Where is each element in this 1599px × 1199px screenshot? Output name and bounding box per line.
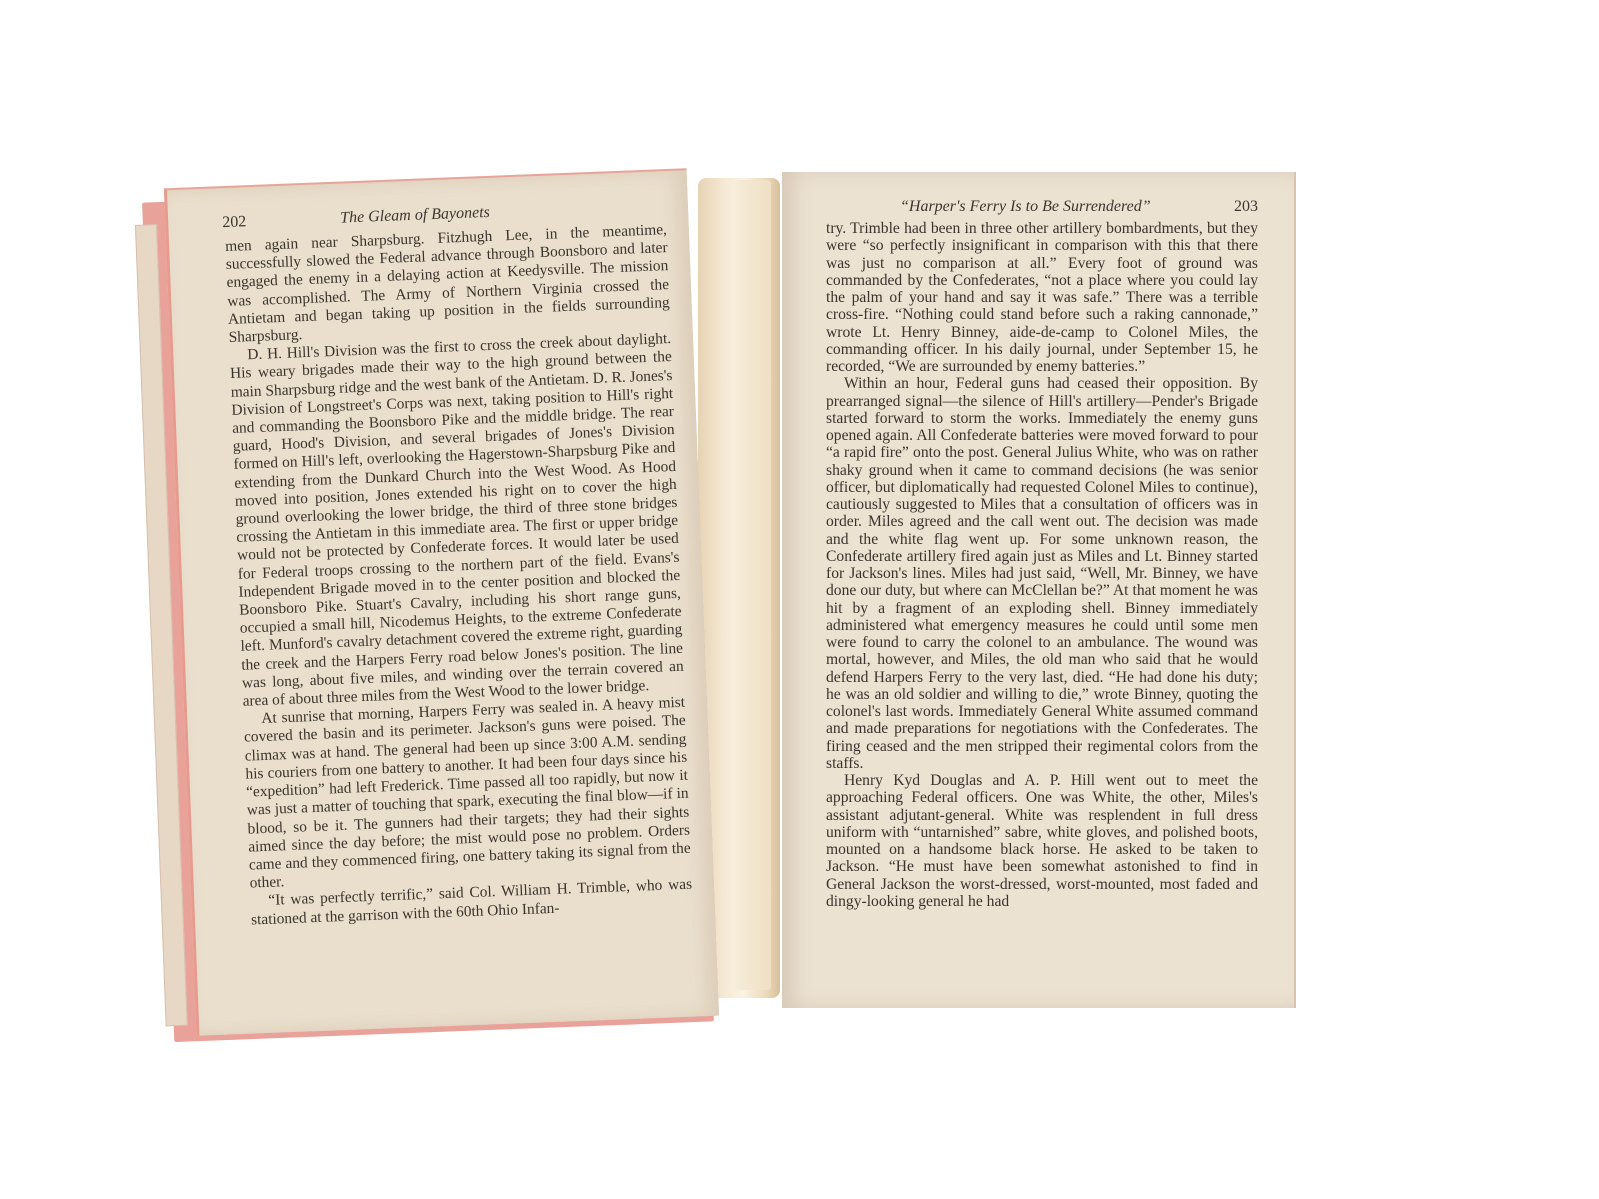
paragraph: Henry Kyd Douglas and A. P. Hill went ou… [826, 772, 1258, 910]
open-book: 202 The Gleam of Bayonets men again near… [0, 0, 1599, 1199]
running-title: The Gleam of Bayonets [340, 204, 490, 228]
paragraph: men again near Sharpsburg. Fitzhugh Lee,… [225, 221, 671, 347]
page-number: 203 [1234, 198, 1258, 216]
paragraph: At sunrise that morning, Harpers Ferry w… [243, 694, 692, 893]
paragraph: D. H. Hill's Division was the first to c… [229, 330, 685, 711]
left-page: 202 The Gleam of Bayonets men again near… [164, 168, 719, 1035]
spine-gutter [735, 180, 771, 990]
page-number: 202 [222, 213, 247, 232]
paragraph: try. Trimble had been in three other art… [826, 220, 1258, 375]
right-page-header: “Harper's Ferry Is to Be Surrendered” 20… [826, 198, 1258, 220]
right-page-body: try. Trimble had been in three other art… [826, 220, 1258, 910]
left-page-body: men again near Sharpsburg. Fitzhugh Lee,… [225, 221, 693, 929]
paragraph: Within an hour, Federal guns had ceased … [826, 375, 1258, 772]
right-page: “Harper's Ferry Is to Be Surrendered” 20… [782, 172, 1296, 1008]
running-title: “Harper's Ferry Is to Be Surrendered” [900, 198, 1151, 216]
